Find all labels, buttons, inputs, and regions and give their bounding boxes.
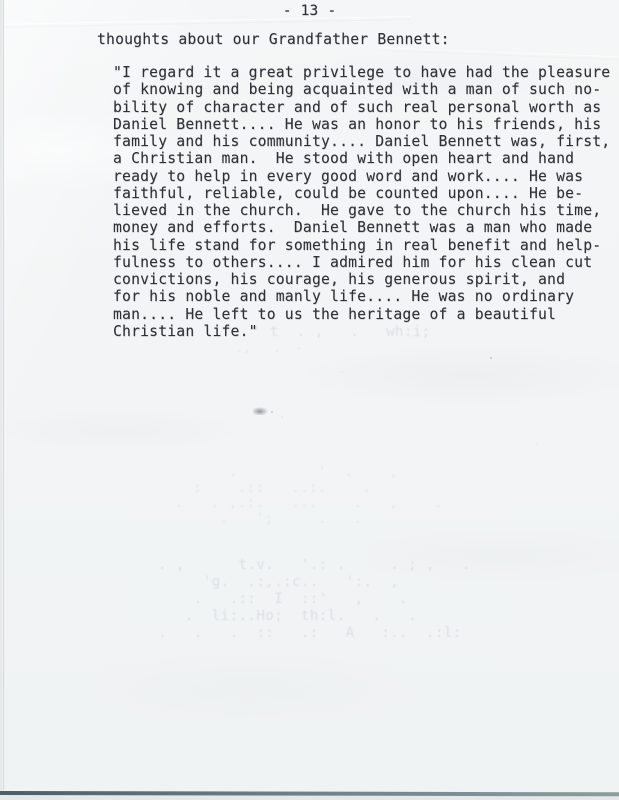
quote-line: man.... He left to us the heritage of a … <box>113 306 610 323</box>
quote-line: a Christian man. He stood with open hear… <box>113 150 610 167</box>
quote-line: Daniel Bennett.... He was an honor to hi… <box>113 116 610 133</box>
bleed-through-line: . . ,.:. ... . , . <box>175 496 443 512</box>
quote-line: bility of character and of such real per… <box>113 99 610 116</box>
bleed-through-line: . .:: I ::' , . <box>158 591 471 608</box>
quote-line: fulness to others.... I admired him for … <box>113 254 610 271</box>
quote-line: ready to help in every good word and wor… <box>113 168 610 185</box>
bleed-through-line: . , t.v. '.: . . ; , . <box>158 557 471 574</box>
quote-line: "I regard it a great privilege to have h… <box>113 64 610 81</box>
bleed-through-line: . ' . , <box>175 465 443 481</box>
bleed-through-line: . '; . . <box>175 512 443 528</box>
bleed-through-block-lower: . , t.v. '.: . . ; , . 'g. .:,.:c.. ':. … <box>158 557 471 642</box>
bleed-through-text: ' t . , . wh:i; <box>252 324 431 340</box>
bleed-through-line: . . . :: .: A :.. .:l: <box>158 625 471 642</box>
quote-line: faithful, reliable, could be counted upo… <box>113 185 610 202</box>
quote-line: convictions, his courage, his generous s… <box>113 271 610 288</box>
ink-smudge-artifact <box>253 407 268 415</box>
bleed-through-text: ., . - <box>236 341 303 355</box>
quote-line: for his noble and manly life.... He was … <box>113 288 610 305</box>
bleed-through-line: . li:..Ho; th:l. . . <box>158 608 471 625</box>
page-number: - 13 - <box>0 3 619 19</box>
quote-line: his life stand for something in real ben… <box>113 237 610 254</box>
bleed-through-block-mid: . ' . , : .:: ..:. .. . ,.:. ... . , . .… <box>175 465 443 527</box>
quote-block: "I regard it a great privilege to have h… <box>113 64 610 340</box>
quote-line: family and his community.... Daniel Benn… <box>113 133 610 150</box>
scan-left-edge <box>0 0 4 800</box>
quote-line: money and efforts. Daniel Bennett was a … <box>113 219 610 236</box>
quote-line: lieved in the church. He gave to the chu… <box>113 202 610 219</box>
bleed-through-line: 'g. .:,.:c.. ':. , <box>158 574 471 591</box>
bleed-through-line: : .:: ..:. . <box>175 481 443 497</box>
intro-line: thoughts about our Grandfather Bennett: <box>97 31 450 48</box>
paper-crease-top-right <box>379 47 619 61</box>
quote-line: of knowing and being acquainted with a m… <box>113 81 610 98</box>
scanned-document-page: - 13 - thoughts about our Grandfather Be… <box>0 0 619 800</box>
